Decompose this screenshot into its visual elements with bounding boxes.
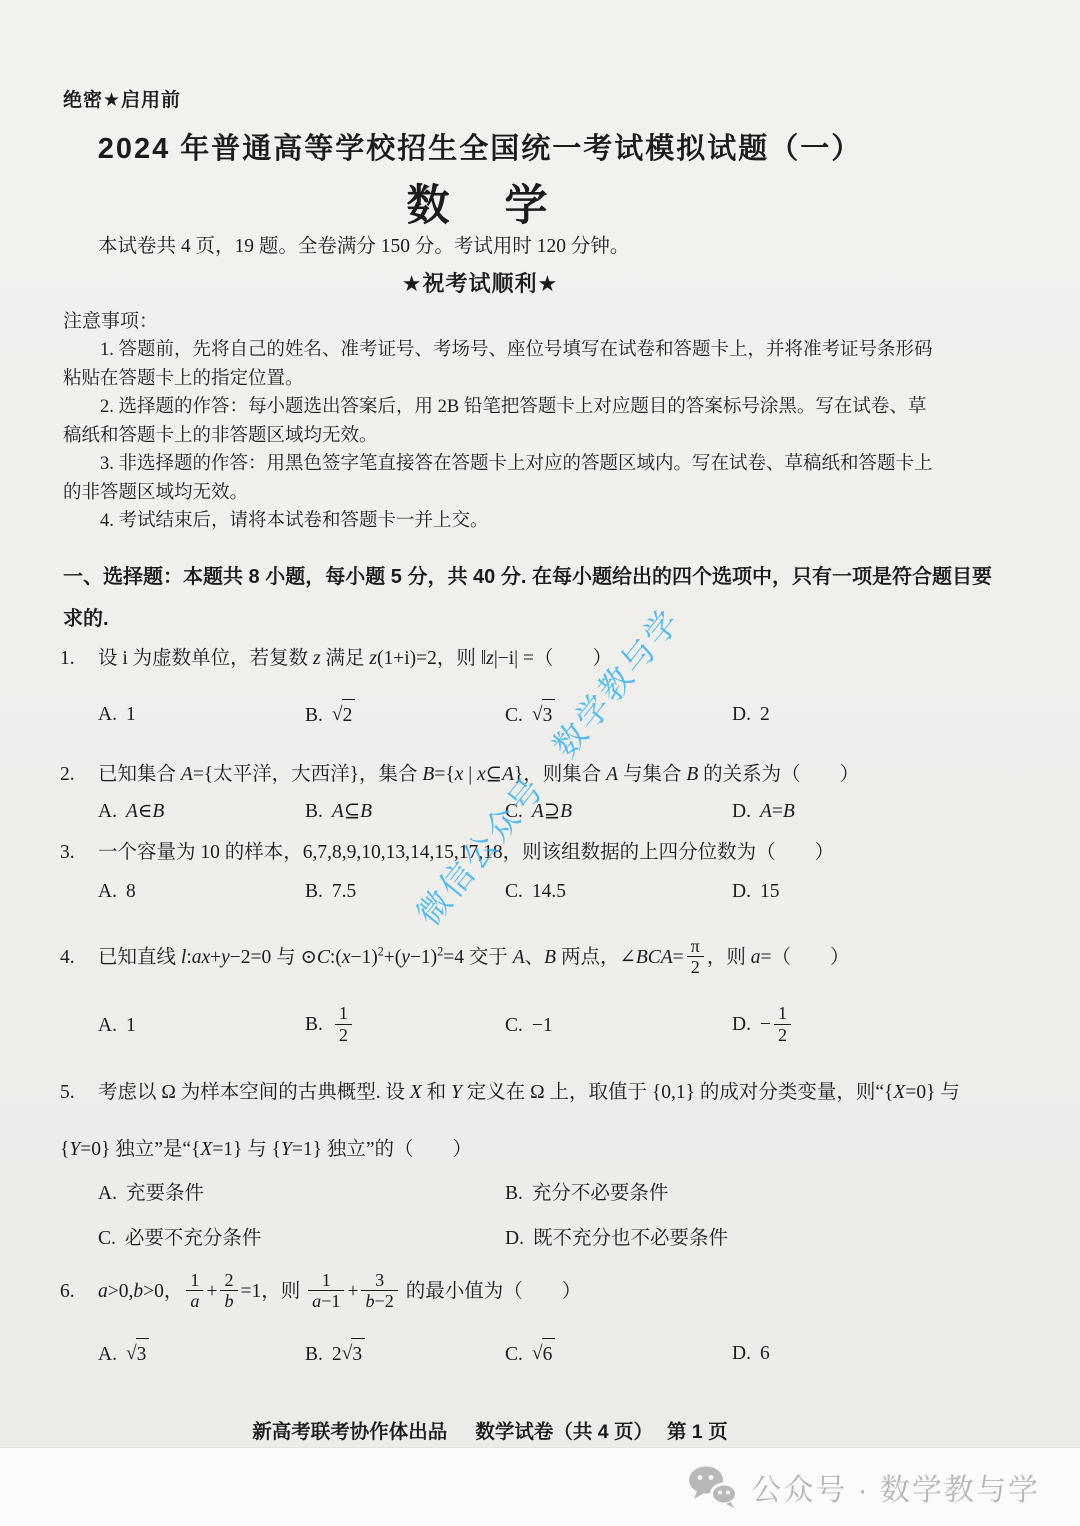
option-value: 充要条件 bbox=[126, 1183, 204, 1204]
option-label: A. bbox=[98, 704, 117, 725]
option-value: −12 bbox=[760, 1014, 794, 1035]
option-label: B. bbox=[305, 1344, 323, 1365]
question-4-number: 4. bbox=[60, 943, 98, 973]
notice-item-2: 2. 选择题的作答：每小题选出答案后，用 2B 铅笔把答题卡上对应题目的答案标号… bbox=[63, 393, 1023, 450]
option-label: C. bbox=[98, 1228, 116, 1249]
notice-item-4: 4. 考试结束后，请将本试卷和答题卡一并上交。 bbox=[63, 507, 1023, 536]
option-label: D. bbox=[732, 704, 751, 725]
option-value: A∈B bbox=[126, 801, 164, 822]
question-2-text: 已知集合 A={太平洋，大西洋}，集合 B={x | x⊆A}，则集合 A 与集… bbox=[98, 764, 859, 785]
option-label: B. bbox=[305, 881, 323, 902]
option-value: A=B bbox=[760, 801, 795, 822]
footer-page-label: 第 1 页 bbox=[667, 1421, 728, 1443]
notice-item-1: 1. 答题前，先将自己的姓名、准考证号、考场号、座位号填写在试卷和答题卡上，并将… bbox=[63, 336, 1023, 393]
question-2-option-a: A.A∈B bbox=[98, 797, 305, 827]
question-3-options: A.8 B.7.5 C.14.5 D.15 bbox=[98, 877, 1058, 907]
option-value: √6 bbox=[532, 1344, 555, 1365]
notice-list: 1. 答题前，先将自己的姓名、准考证号、考场号、座位号填写在试卷和答题卡上，并将… bbox=[63, 336, 1023, 536]
option-value: 7.5 bbox=[332, 881, 356, 902]
question-5-option-d: D.既不充分也不必要条件 bbox=[505, 1225, 1038, 1253]
option-label: A. bbox=[98, 881, 117, 902]
question-5-number: 5. bbox=[60, 1064, 98, 1121]
question-4-option-c: C.−1 bbox=[505, 1011, 732, 1041]
question-4-text: 已知直线 l:ax+y−2=0 与 ⊙C:(x−1)2+(y−1)2=4 交于 … bbox=[98, 947, 849, 968]
wechat-icon bbox=[687, 1465, 739, 1509]
option-value: 1 bbox=[126, 1015, 136, 1036]
option-value: 必要不充分条件 bbox=[125, 1228, 262, 1249]
notice-item-3: 3. 非选择题的作答：用黑色签字笔直接答在答题卡上对应的答题区域内。写在试卷、草… bbox=[63, 450, 1023, 507]
question-4-option-d: D.−12 bbox=[732, 1005, 1058, 1047]
question-6-number: 6. bbox=[60, 1277, 98, 1307]
option-value: 12 bbox=[332, 1014, 355, 1035]
option-label: B. bbox=[305, 801, 323, 822]
question-1-option-b: B.√2 bbox=[305, 699, 505, 731]
question-5-option-a: A.充要条件 bbox=[98, 1180, 505, 1208]
question-3-option-d: D.15 bbox=[732, 877, 1058, 907]
option-value: 充分不必要条件 bbox=[532, 1183, 669, 1204]
option-value: 既不充分也不必要条件 bbox=[533, 1228, 728, 1249]
paper-info: 本试卷共 4 页，19 题。全卷满分 150 分。考试用时 120 分钟。 bbox=[98, 230, 629, 258]
option-value: 6 bbox=[760, 1343, 770, 1364]
question-6-stem: 6.a>0,b>0，1a+2b=1，则 1a−1+3b−2 的最小值为（ ） bbox=[60, 1272, 1070, 1314]
question-6-option-b: B.2√3 bbox=[305, 1338, 505, 1370]
question-2-option-d: D.A=B bbox=[732, 797, 1058, 827]
question-6-options: A.√3 B.2√3 C.√6 D.6 bbox=[98, 1338, 1058, 1370]
option-label: A. bbox=[98, 1344, 117, 1365]
option-label: D. bbox=[732, 801, 751, 822]
question-3-number: 3. bbox=[60, 838, 98, 868]
page-footer: 新高考联考协作体出品数学试卷（共 4 页）第 1 页 bbox=[0, 1416, 980, 1444]
exam-paper-page: { "header": { "classification": "绝密★启用前"… bbox=[0, 0, 1080, 1526]
option-value: √3 bbox=[126, 1344, 149, 1365]
question-6-option-d: D.6 bbox=[732, 1339, 1058, 1369]
option-value: 15 bbox=[760, 881, 780, 902]
exam-wish: ★祝考试顺利★ bbox=[0, 267, 960, 298]
question-1-stem: 1.设 i 为虚数单位，若复数 z 满足 z(1+i)=2，则 ‖z|−i| =… bbox=[60, 644, 1070, 674]
option-value: −1 bbox=[532, 1015, 553, 1036]
question-4-stem: 4.已知直线 l:ax+y−2=0 与 ⊙C:(x−1)2+(y−1)2=4 交… bbox=[60, 938, 1070, 980]
question-3-stem: 3.一个容量为 10 的样本，6,7,8,9,10,13,14,15,17,18… bbox=[60, 838, 1070, 868]
paper-title: 2024 年普通高等学校招生全国统一考试模拟试题（一） bbox=[0, 126, 960, 167]
classification-label: 绝密★启用前 bbox=[63, 85, 181, 112]
option-label: D. bbox=[505, 1228, 524, 1249]
footer-paper-label: 数学试卷（共 4 页） bbox=[475, 1421, 653, 1443]
option-label: A. bbox=[98, 1183, 117, 1204]
brand-row: 公众号 · 数学教与学 bbox=[687, 1465, 1040, 1509]
option-value: 14.5 bbox=[532, 881, 566, 902]
question-6-text: a>0,b>0，1a+2b=1，则 1a−1+3b−2 的最小值为（ ） bbox=[98, 1281, 581, 1302]
section-heading: 一、选择题：本题共 8 小题，每小题 5 分，共 40 分. 在每小题给出的四个… bbox=[63, 556, 1073, 640]
question-3-option-c: C.14.5 bbox=[505, 877, 732, 907]
question-5-stem: 5.考虑以 Ω 为样本空间的古典概型. 设 X 和 Y 定义在 Ω 上，取值于 … bbox=[60, 1064, 1070, 1178]
option-value: 2√3 bbox=[332, 1344, 365, 1365]
question-1-text: 设 i 为虚数单位，若复数 z 满足 z(1+i)=2，则 ‖z|−i| =（ … bbox=[98, 648, 612, 669]
question-6-option-a: A.√3 bbox=[98, 1338, 305, 1370]
question-6-option-c: C.√6 bbox=[505, 1338, 732, 1370]
option-value: √2 bbox=[332, 705, 355, 726]
option-label: D. bbox=[732, 881, 751, 902]
footer-publisher: 新高考联考协作体出品 bbox=[252, 1421, 447, 1443]
question-5-options: A.充要条件 B.充分不必要条件 C.必要不充分条件 D.既不充分也不必要条件 bbox=[98, 1180, 1038, 1253]
option-label: A. bbox=[98, 801, 117, 822]
option-label: C. bbox=[505, 1015, 523, 1036]
option-value: A⊆B bbox=[332, 801, 372, 822]
option-value: 1 bbox=[126, 704, 136, 725]
option-value: 2 bbox=[760, 704, 770, 725]
notice-heading: 注意事项： bbox=[63, 306, 158, 333]
option-label: B. bbox=[305, 705, 323, 726]
brand-text: 公众号 · 数学教与学 bbox=[751, 1465, 1040, 1509]
option-value: 8 bbox=[126, 881, 136, 902]
question-5-option-b: B.充分不必要条件 bbox=[505, 1180, 1038, 1208]
option-label: B. bbox=[305, 1014, 323, 1035]
question-1-number: 1. bbox=[60, 644, 98, 674]
subject-title: 数 学 bbox=[0, 172, 960, 233]
option-label: B. bbox=[505, 1183, 523, 1204]
question-4-option-a: A.1 bbox=[98, 1011, 305, 1041]
option-label: C. bbox=[505, 705, 523, 726]
question-4-option-b: B.12 bbox=[305, 1005, 505, 1047]
option-label: C. bbox=[505, 881, 523, 902]
question-2-options: A.A∈B B.A⊆B C.A⊇B D.A=B bbox=[98, 797, 1058, 827]
question-5-option-c: C.必要不充分条件 bbox=[98, 1225, 505, 1253]
option-label: D. bbox=[732, 1014, 751, 1035]
question-5-text: 考虑以 Ω 为样本空间的古典概型. 设 X 和 Y 定义在 Ω 上，取值于 {0… bbox=[60, 1082, 960, 1160]
question-2-number: 2. bbox=[60, 760, 98, 790]
question-3-option-a: A.8 bbox=[98, 877, 305, 907]
option-label: C. bbox=[505, 1344, 523, 1365]
question-4-options: A.1 B.12 C.−1 D.−12 bbox=[98, 999, 1058, 1053]
option-label: D. bbox=[732, 1343, 751, 1364]
option-label: A. bbox=[98, 1015, 117, 1036]
question-1-option-d: D.2 bbox=[732, 700, 1058, 730]
question-1-option-a: A.1 bbox=[98, 700, 305, 730]
